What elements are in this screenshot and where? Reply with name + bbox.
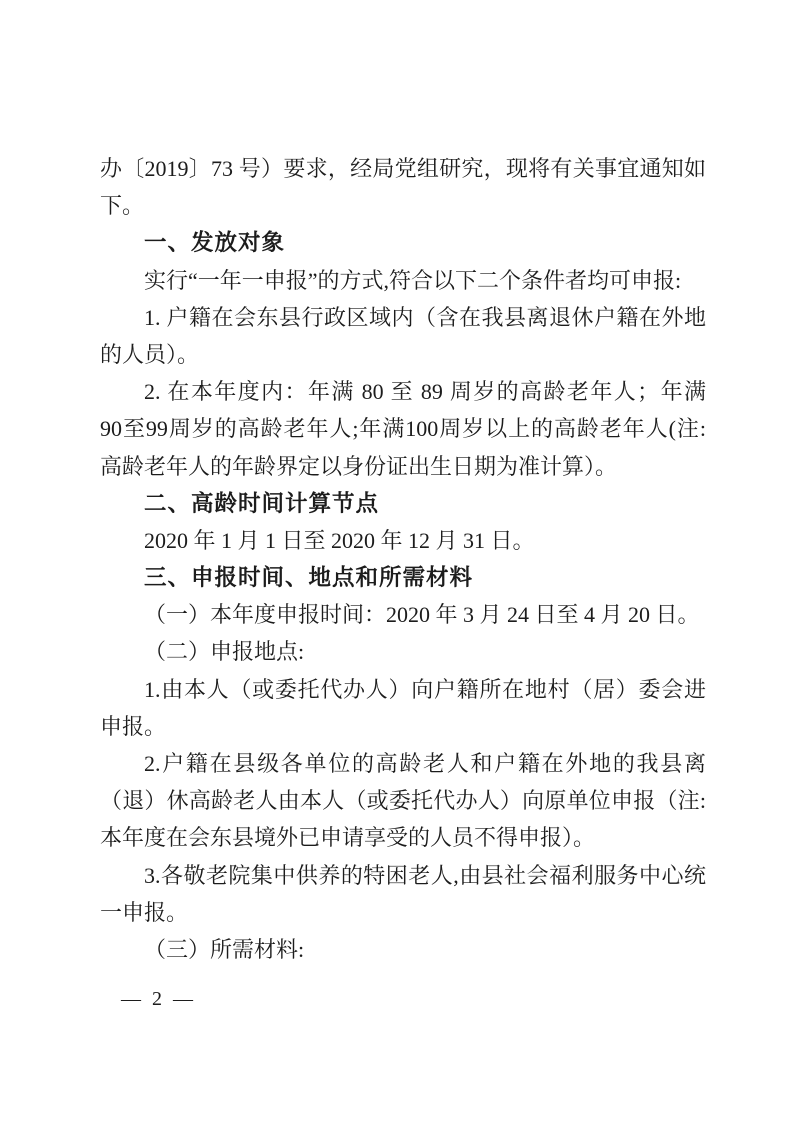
document-body: 办〔2019〕73 号）要求，经局党组研究，现将有关事宜通知如 下。 一、发放对…	[100, 150, 706, 968]
text-line: （二）申报地点:	[100, 633, 706, 670]
page-number: — 2 —	[121, 988, 196, 1011]
text-line: 的人员）。	[100, 336, 706, 373]
text-line: 2. 在本年度内：年满 80 至 89 周岁的高龄老年人；年满	[100, 373, 706, 410]
text-line: 1. 户籍在会东县行政区域内（含在我县离退休户籍在外地	[100, 299, 706, 336]
text-line: 2.户籍在县级各单位的高龄老人和户籍在外地的我县离	[100, 745, 706, 782]
section-heading-3: 三、申报时间、地点和所需材料	[100, 559, 706, 596]
text-line: （一）本年度申报时间：2020 年 3 月 24 日至 4 月 20 日。	[100, 596, 706, 633]
text-line: 本年度在会东县境外已申请享受的人员不得申报）。	[100, 819, 706, 856]
text-line: 2020 年 1 月 1 日至 2020 年 12 月 31 日。	[100, 522, 706, 559]
section-heading-2: 二、高龄时间计算节点	[100, 485, 706, 522]
text-line: 下。	[100, 187, 706, 224]
text-line: （三）所需材料:	[100, 931, 706, 968]
text-line: 90至99周岁的高龄老年人;年满100周岁以上的高龄老年人(注:	[100, 410, 706, 447]
text-line: 高龄老年人的年龄界定以身份证出生日期为准计算）。	[100, 448, 706, 485]
text-line: 实行“一年一申报”的方式,符合以下二个条件者均可申报:	[100, 262, 706, 299]
document-page: 办〔2019〕73 号）要求，经局党组研究，现将有关事宜通知如 下。 一、发放对…	[0, 0, 793, 1122]
section-heading-1: 一、发放对象	[100, 224, 706, 261]
text-line: 申报。	[100, 708, 706, 745]
text-line: 1.由本人（或委托代办人）向户籍所在地村（居）委会进行	[100, 671, 706, 708]
text-line: （退）休高龄老人由本人（或委托代办人）向原单位申报（注:	[100, 782, 706, 819]
text-line: 办〔2019〕73 号）要求，经局党组研究，现将有关事宜通知如	[100, 150, 706, 187]
text-line: 3.各敬老院集中供养的特困老人,由县社会福利服务中心统	[100, 857, 706, 894]
text-line: 一申报。	[100, 894, 706, 931]
